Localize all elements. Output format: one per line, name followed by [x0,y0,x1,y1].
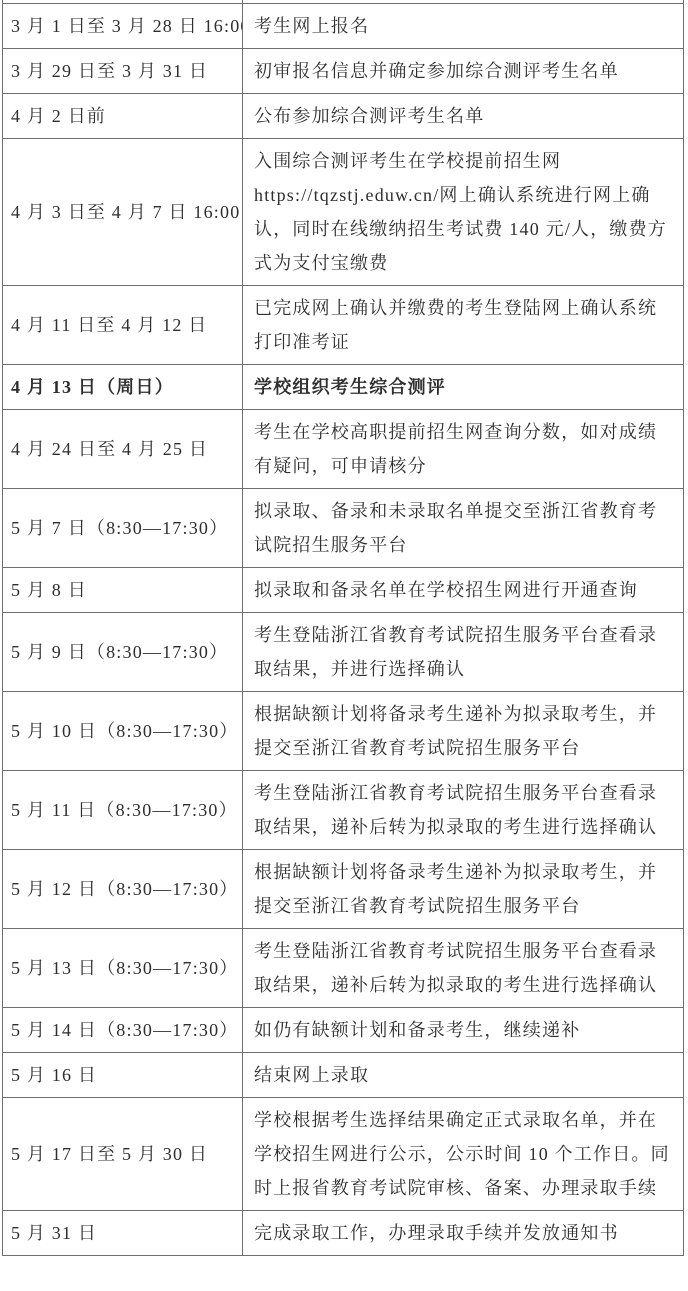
schedule-content-text: 学校根据考生选择结果确定正式录取名单，并在学校招生网进行公示，公示时间 10 个… [254,1110,670,1198]
schedule-content-text: 完成录取工作，办理录取手续并发放通知书 [254,1223,619,1243]
schedule-content-text: 已完成网上确认并缴费的考生登陆网上确认系统打印准考证 [254,298,657,352]
schedule-content-text: 学校组织考生综合测评 [254,377,446,397]
schedule-date-cell: 5 月 10 日（8:30—17:30） [3,692,243,771]
schedule-row: 5 月 9 日（8:30—17:30） 考生登陆浙江省教育考试院招生服务平台查看… [3,613,684,692]
schedule-content-cell: 考生在学校高职提前招生网查询分数，如对成绩有疑问，可申请核分 [243,410,684,489]
schedule-content-text: 根据缺额计划将备录考生递补为拟录取考生，并提交至浙江省教育考试院招生服务平台 [254,862,657,916]
schedule-row: 4 月 3 日至 4 月 7 日 16:00 入围综合测评考生在学校提前招生网 … [3,139,684,286]
schedule-date-text: 5 月 31 日 [11,1223,97,1243]
schedule-date-cell: 5 月 8 日 [3,568,243,613]
schedule-content-cell: 结束网上录取 [243,1053,684,1098]
schedule-row: 4 月 24 日至 4 月 25 日 考生在学校高职提前招生网查询分数，如对成绩… [3,410,684,489]
schedule-content-text: 结束网上录取 [254,1065,369,1085]
schedule-row: 3 月 1 日至 3 月 28 日 16:00 考生网上报名 [3,4,684,49]
schedule-row: 4 月 11 日至 4 月 12 日 已完成网上确认并缴费的考生登陆网上确认系统… [3,286,684,365]
schedule-content-text: 初审报名信息并确定参加综合测评考生名单 [254,61,619,81]
schedule-content-cell: 入围综合测评考生在学校提前招生网 https://tqzstj.eduw.cn/… [243,139,684,286]
schedule-date-text: 4 月 3 日至 4 月 7 日 16:00 [11,202,240,222]
schedule-row: 5 月 13 日（8:30—17:30） 考生登陆浙江省教育考试院招生服务平台查… [3,929,684,1008]
schedule-date-text: 4 月 11 日至 4 月 12 日 [11,315,207,335]
admission-schedule-table: 3 月 1 日至 3 月 28 日 16:00 考生网上报名 3 月 29 日至… [2,0,684,1256]
schedule-content-cell: 初审报名信息并确定参加综合测评考生名单 [243,49,684,94]
schedule-date-cell: 5 月 31 日 [3,1211,243,1256]
schedule-row: 5 月 14 日（8:30—17:30） 如仍有缺额计划和备录考生，继续递补 [3,1008,684,1053]
schedule-date-cell: 5 月 13 日（8:30—17:30） [3,929,243,1008]
schedule-content-text: 拟录取和备录名单在学校招生网进行开通查询 [254,580,638,600]
schedule-date-cell: 5 月 7 日（8:30—17:30） [3,489,243,568]
schedule-date-text: 4 月 24 日至 4 月 25 日 [11,439,208,459]
schedule-content-cell: 考生登陆浙江省教育考试院招生服务平台查看录取结果，递补后转为拟录取的考生进行选择… [243,771,684,850]
schedule-content-cell: 公布参加综合测评考生名单 [243,94,684,139]
schedule-content-cell: 根据缺额计划将备录考生递补为拟录取考生，并提交至浙江省教育考试院招生服务平台 [243,692,684,771]
schedule-date-cell: 4 月 13 日（周日） [3,365,243,410]
schedule-date-text: 3 月 1 日至 3 月 28 日 16:00 [11,16,243,36]
schedule-row: 5 月 17 日至 5 月 30 日 学校根据考生选择结果确定正式录取名单，并在… [3,1098,684,1211]
schedule-date-cell: 5 月 14 日（8:30—17:30） [3,1008,243,1053]
schedule-content-cell: 学校组织考生综合测评 [243,365,684,410]
schedule-date-text: 5 月 13 日（8:30—17:30） [11,958,239,978]
schedule-date-cell: 5 月 17 日至 5 月 30 日 [3,1098,243,1211]
schedule-content-cell: 完成录取工作，办理录取手续并发放通知书 [243,1211,684,1256]
schedule-content-text: 拟录取、备录和未录取名单提交至浙江省教育考试院招生服务平台 [254,501,657,555]
schedule-date-cell: 4 月 11 日至 4 月 12 日 [3,286,243,365]
schedule-content-cell: 考生网上报名 [243,4,684,49]
schedule-date-text: 5 月 9 日（8:30—17:30） [11,642,228,662]
schedule-date-text: 5 月 12 日（8:30—17:30） [11,879,239,899]
schedule-content-cell: 如仍有缺额计划和备录考生，继续递补 [243,1008,684,1053]
schedule-content-cell: 学校根据考生选择结果确定正式录取名单，并在学校招生网进行公示，公示时间 10 个… [243,1098,684,1211]
schedule-content-text: 公布参加综合测评考生名单 [254,106,484,126]
schedule-row: 5 月 7 日（8:30—17:30） 拟录取、备录和未录取名单提交至浙江省教育… [3,489,684,568]
schedule-content-text: 如仍有缺额计划和备录考生，继续递补 [254,1020,580,1040]
schedule-date-cell: 5 月 11 日（8:30—17:30） [3,771,243,850]
schedule-row: 5 月 16 日 结束网上录取 [3,1053,684,1098]
schedule-date-text: 5 月 11 日（8:30—17:30） [11,800,238,820]
schedule-content-cell: 已完成网上确认并缴费的考生登陆网上确认系统打印准考证 [243,286,684,365]
schedule-content-text: 考生登陆浙江省教育考试院招生服务平台查看录取结果，递补后转为拟录取的考生进行选择… [254,941,657,995]
schedule-content-text: 根据缺额计划将备录考生递补为拟录取考生，并提交至浙江省教育考试院招生服务平台 [254,704,657,758]
schedule-date-cell: 5 月 9 日（8:30—17:30） [3,613,243,692]
schedule-date-text: 5 月 14 日（8:30—17:30） [11,1020,239,1040]
schedule-content-cell: 根据缺额计划将备录考生递补为拟录取考生，并提交至浙江省教育考试院招生服务平台 [243,850,684,929]
schedule-table-wrapper: 3 月 1 日至 3 月 28 日 16:00 考生网上报名 3 月 29 日至… [0,0,688,1256]
schedule-date-text: 5 月 8 日 [11,580,87,600]
schedule-date-text: 5 月 7 日（8:30—17:30） [11,518,228,538]
schedule-date-text: 5 月 16 日 [11,1065,97,1085]
schedule-content-text: 考生网上报名 [254,16,369,36]
schedule-row: 4 月 13 日（周日） 学校组织考生综合测评 [3,365,684,410]
schedule-content-cell: 考生登陆浙江省教育考试院招生服务平台查看录取结果，递补后转为拟录取的考生进行选择… [243,929,684,1008]
schedule-row: 5 月 11 日（8:30—17:30） 考生登陆浙江省教育考试院招生服务平台查… [3,771,684,850]
schedule-row: 5 月 8 日 拟录取和备录名单在学校招生网进行开通查询 [3,568,684,613]
schedule-row: 5 月 12 日（8:30—17:30） 根据缺额计划将备录考生递补为拟录取考生… [3,850,684,929]
schedule-date-text: 5 月 10 日（8:30—17:30） [11,721,239,741]
schedule-row: 5 月 31 日 完成录取工作，办理录取手续并发放通知书 [3,1211,684,1256]
schedule-date-cell: 4 月 3 日至 4 月 7 日 16:00 [3,139,243,286]
schedule-content-cell: 考生登陆浙江省教育考试院招生服务平台查看录取结果，并进行选择确认 [243,613,684,692]
schedule-content-text: 考生登陆浙江省教育考试院招生服务平台查看录取结果，并进行选择确认 [254,625,657,679]
schedule-date-cell: 3 月 29 日至 3 月 31 日 [3,49,243,94]
schedule-date-text: 3 月 29 日至 3 月 31 日 [11,61,208,81]
schedule-date-cell: 4 月 24 日至 4 月 25 日 [3,410,243,489]
schedule-date-text: 5 月 17 日至 5 月 30 日 [11,1144,208,1164]
schedule-date-cell: 3 月 1 日至 3 月 28 日 16:00 [3,4,243,49]
schedule-content-text: 考生在学校高职提前招生网查询分数，如对成绩有疑问，可申请核分 [254,422,657,476]
schedule-row: 4 月 2 日前 公布参加综合测评考生名单 [3,94,684,139]
schedule-content-cell: 拟录取和备录名单在学校招生网进行开通查询 [243,568,684,613]
schedule-table-body: 3 月 1 日至 3 月 28 日 16:00 考生网上报名 3 月 29 日至… [3,0,684,1256]
schedule-row: 5 月 10 日（8:30—17:30） 根据缺额计划将备录考生递补为拟录取考生… [3,692,684,771]
schedule-row: 3 月 29 日至 3 月 31 日 初审报名信息并确定参加综合测评考生名单 [3,49,684,94]
schedule-date-text: 4 月 2 日前 [11,106,106,126]
schedule-content-cell: 拟录取、备录和未录取名单提交至浙江省教育考试院招生服务平台 [243,489,684,568]
schedule-content-text: 入围综合测评考生在学校提前招生网 https://tqzstj.eduw.cn/… [254,151,667,273]
schedule-date-cell: 4 月 2 日前 [3,94,243,139]
schedule-date-cell: 5 月 12 日（8:30—17:30） [3,850,243,929]
schedule-date-text: 4 月 13 日（周日） [11,377,174,397]
schedule-content-text: 考生登陆浙江省教育考试院招生服务平台查看录取结果，递补后转为拟录取的考生进行选择… [254,783,657,837]
schedule-date-cell: 5 月 16 日 [3,1053,243,1098]
